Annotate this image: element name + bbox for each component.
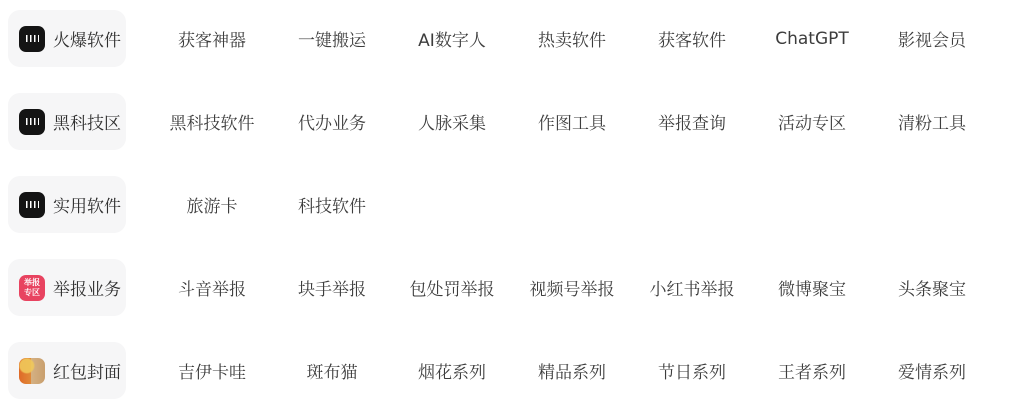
icon-text-line: 举报: [24, 278, 40, 288]
category-label: 火爆软件: [53, 26, 121, 51]
category-item[interactable]: 影视会员: [872, 26, 992, 51]
category-item[interactable]: ChatGPT: [752, 29, 872, 49]
category-item[interactable]: 视频号举报: [512, 275, 632, 300]
category-item[interactable]: 活动专区: [752, 109, 872, 134]
category-label: 黑科技区: [53, 109, 121, 134]
category-item[interactable]: 包处罚举报: [392, 275, 512, 300]
category-items: 旅游卡科技软件: [152, 192, 392, 217]
category-item[interactable]: 代办业务: [272, 109, 392, 134]
category-item[interactable]: 科技软件: [272, 192, 392, 217]
tiny-glyph-marks: [26, 201, 39, 208]
category-item[interactable]: 人脉采集: [392, 109, 512, 134]
category-item[interactable]: 斑布猫: [272, 358, 392, 383]
category-row: 火爆软件 获客神器一键搬运AI数字人热卖软件获客软件ChatGPT影视会员: [0, 10, 1010, 67]
category-item[interactable]: 精品系列: [512, 358, 632, 383]
black-tech-app-icon: [19, 109, 45, 135]
category-item[interactable]: 热卖软件: [512, 26, 632, 51]
category-item[interactable]: 爱情系列: [872, 358, 992, 383]
category-item[interactable]: 王者系列: [752, 358, 872, 383]
category-items: 黑科技软件代办业务人脉采集作图工具举报查询活动专区清粉工具: [152, 109, 992, 134]
category-row: 实用软件 旅游卡科技软件: [0, 176, 1010, 233]
category-label: 举报业务: [53, 275, 121, 300]
report-zone-badge-icon: 举报专区: [19, 275, 45, 301]
category-item[interactable]: 一键搬运: [272, 26, 392, 51]
category-item[interactable]: 斗音举报: [152, 275, 272, 300]
category-item[interactable]: 获客神器: [152, 26, 272, 51]
category-items: 获客神器一键搬运AI数字人热卖软件获客软件ChatGPT影视会员: [152, 26, 992, 51]
category-pill[interactable]: 实用软件: [8, 176, 126, 233]
tiny-glyph-marks: [26, 35, 39, 42]
category-item[interactable]: 黑科技软件: [152, 109, 272, 134]
category-pill[interactable]: 红包封面: [8, 342, 126, 399]
category-item[interactable]: 烟花系列: [392, 358, 512, 383]
category-item[interactable]: 作图工具: [512, 109, 632, 134]
category-label: 红包封面: [53, 358, 121, 383]
category-pill[interactable]: 火爆软件: [8, 10, 126, 67]
tiny-glyph-marks: [26, 118, 39, 125]
category-item[interactable]: 块手举报: [272, 275, 392, 300]
category-item[interactable]: 旅游卡: [152, 192, 272, 217]
category-row: 红包封面 吉伊卡哇斑布猫烟花系列精品系列节日系列王者系列爱情系列: [0, 342, 1010, 399]
category-item[interactable]: 微博聚宝: [752, 275, 872, 300]
hot-software-app-icon: [19, 26, 45, 52]
category-item[interactable]: 获客软件: [632, 26, 752, 51]
red-packet-cover-icon: [19, 358, 45, 384]
category-pill[interactable]: 举报专区 举报业务: [8, 259, 126, 316]
category-pill[interactable]: 黑科技区: [8, 93, 126, 150]
category-items: 斗音举报块手举报包处罚举报视频号举报小红书举报微博聚宝头条聚宝: [152, 275, 992, 300]
category-item[interactable]: 节日系列: [632, 358, 752, 383]
category-item[interactable]: 小红书举报: [632, 275, 752, 300]
category-row: 黑科技区 黑科技软件代办业务人脉采集作图工具举报查询活动专区清粉工具: [0, 93, 1010, 150]
category-item[interactable]: 举报查询: [632, 109, 752, 134]
practical-software-app-icon: [19, 192, 45, 218]
category-label: 实用软件: [53, 192, 121, 217]
category-item[interactable]: 吉伊卡哇: [152, 358, 272, 383]
category-item[interactable]: AI数字人: [392, 26, 512, 51]
category-row: 举报专区 举报业务 斗音举报块手举报包处罚举报视频号举报小红书举报微博聚宝头条聚…: [0, 259, 1010, 316]
category-items: 吉伊卡哇斑布猫烟花系列精品系列节日系列王者系列爱情系列: [152, 358, 992, 383]
icon-text-line: 专区: [24, 288, 40, 298]
category-item[interactable]: 头条聚宝: [872, 275, 992, 300]
category-board: 火爆软件 获客神器一键搬运AI数字人热卖软件获客软件ChatGPT影视会员 黑科…: [0, 0, 1010, 399]
category-item[interactable]: 清粉工具: [872, 109, 992, 134]
